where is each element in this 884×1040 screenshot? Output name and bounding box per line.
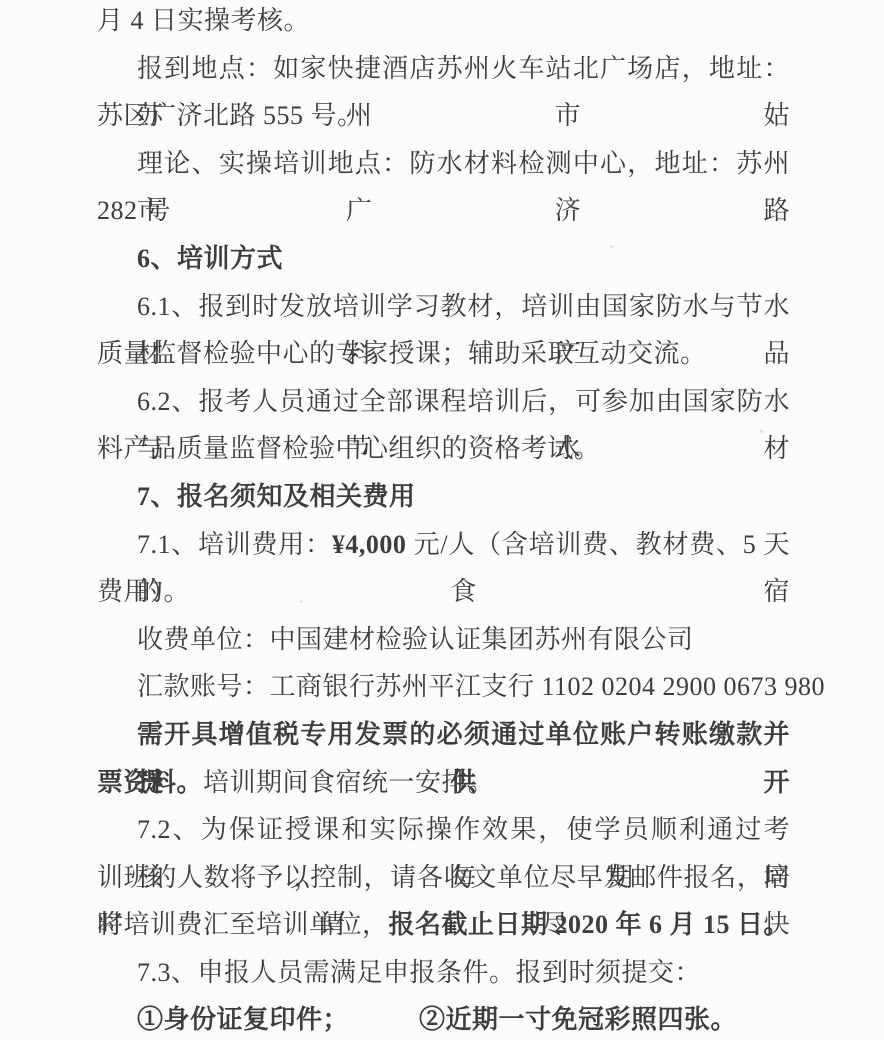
document-page: 月 4 日实操考核。报到地点：如家快捷酒店苏州火车站北广场店，地址：苏州市姑苏区… [0, 0, 884, 1040]
text-run: 月 4 日实操考核。 [97, 6, 310, 35]
text-line-18: 7.2、为保证授课和实际操作效果，使学员顺利通过考核，每期培 [97, 806, 790, 854]
text-run: 282 号 [97, 196, 171, 225]
text-line-9: 6.2、报考人员通过全部课程培训后，可参加由国家防水与节水材 [97, 378, 790, 426]
scan-speckle [760, 430, 763, 433]
text-run: 苏区广济北路 555 号。 [97, 101, 364, 130]
document-body: 月 4 日实操考核。报到地点：如家快捷酒店苏州火车站北广场店，地址：苏州市姑苏区… [97, 0, 790, 1040]
text-line-2: 报到地点：如家快捷酒店苏州火车站北广场店，地址：苏州市姑 [97, 45, 790, 93]
text-line-20: 将培训费汇至培训单位，报名截止日期 2020 年 6 月 15 日。 [97, 901, 790, 949]
text-run: 将培训费汇至培训单位， [97, 910, 389, 939]
text-line-12: 7.1、培训费用：¥4,000 元/人（含培训费、教材费、5 天的食宿 [97, 521, 790, 569]
text-line-22: ①身份证复印件；②近期一寸免冠彩照四张。 [97, 996, 790, 1040]
text-run: 7、报名须知及相关费用 [137, 482, 416, 511]
text-run: 报名截止日期 2020 年 6 月 15 日。 [389, 910, 791, 939]
text-line-15: 汇款账号：工商银行苏州平江支行 1102 0204 2900 0673 980 [97, 663, 790, 711]
text-run: 质量监督检验中心的专家授课；辅助采取互动交流。 [97, 339, 707, 368]
scan-speckle [610, 245, 613, 248]
text-run: ¥4,000 [332, 530, 407, 559]
text-run: ①身份证复印件； [137, 1005, 349, 1034]
text-line-19: 训班的人数将予以控制，请各收文单位尽早发邮件报名，同时请尽快 [97, 854, 790, 902]
text-run: 料产品质量监督检验中心组织的资格考试。 [97, 434, 601, 463]
text-run: 6、培训方式 [137, 244, 283, 273]
text-line-4: 理论、实操培训地点：防水材料检测中心，地址：苏州市广济路 [97, 140, 790, 188]
text-line-11: 7、报名须知及相关费用 [97, 473, 790, 521]
text-run: ②近期一寸免冠彩照四张。 [419, 1005, 737, 1034]
text-run: 理论、实操培训地点：防水材料检测中心，地址：苏州市广济路 [137, 149, 790, 226]
text-line-1: 月 4 日实操考核。 [97, 0, 790, 45]
text-run: 费用）。 [97, 577, 190, 606]
text-run: 票资料。 [97, 768, 203, 797]
text-line-7: 6.1、报到时发放培训学习教材，培训由国家防水与节水材料产品 [97, 283, 790, 331]
text-line-16: 需开具增值税专用发票的必须通过单位账户转账缴款并提供开 [97, 711, 790, 759]
text-run: 汇款账号：工商银行苏州平江支行 1102 0204 2900 0673 980 [137, 672, 825, 701]
text-line-14: 收费单位：中国建材检验认证集团苏州有限公司 [97, 616, 790, 664]
text-run: 7.3、申报人员需满足申报条件。报到时须提交： [137, 958, 701, 987]
text-run: 培训期间食宿统一安排。 [203, 768, 495, 797]
text-run: 收费单位：中国建材检验认证集团苏州有限公司 [137, 625, 694, 654]
text-line-6: 6、培训方式 [97, 235, 790, 283]
text-line-8: 质量监督检验中心的专家授课；辅助采取互动交流。 [97, 330, 790, 378]
text-line-21: 7.3、申报人员需满足申报条件。报到时须提交： [97, 949, 790, 997]
text-run: 7.1、培训费用： [137, 530, 332, 559]
scan-speckle [300, 600, 303, 603]
